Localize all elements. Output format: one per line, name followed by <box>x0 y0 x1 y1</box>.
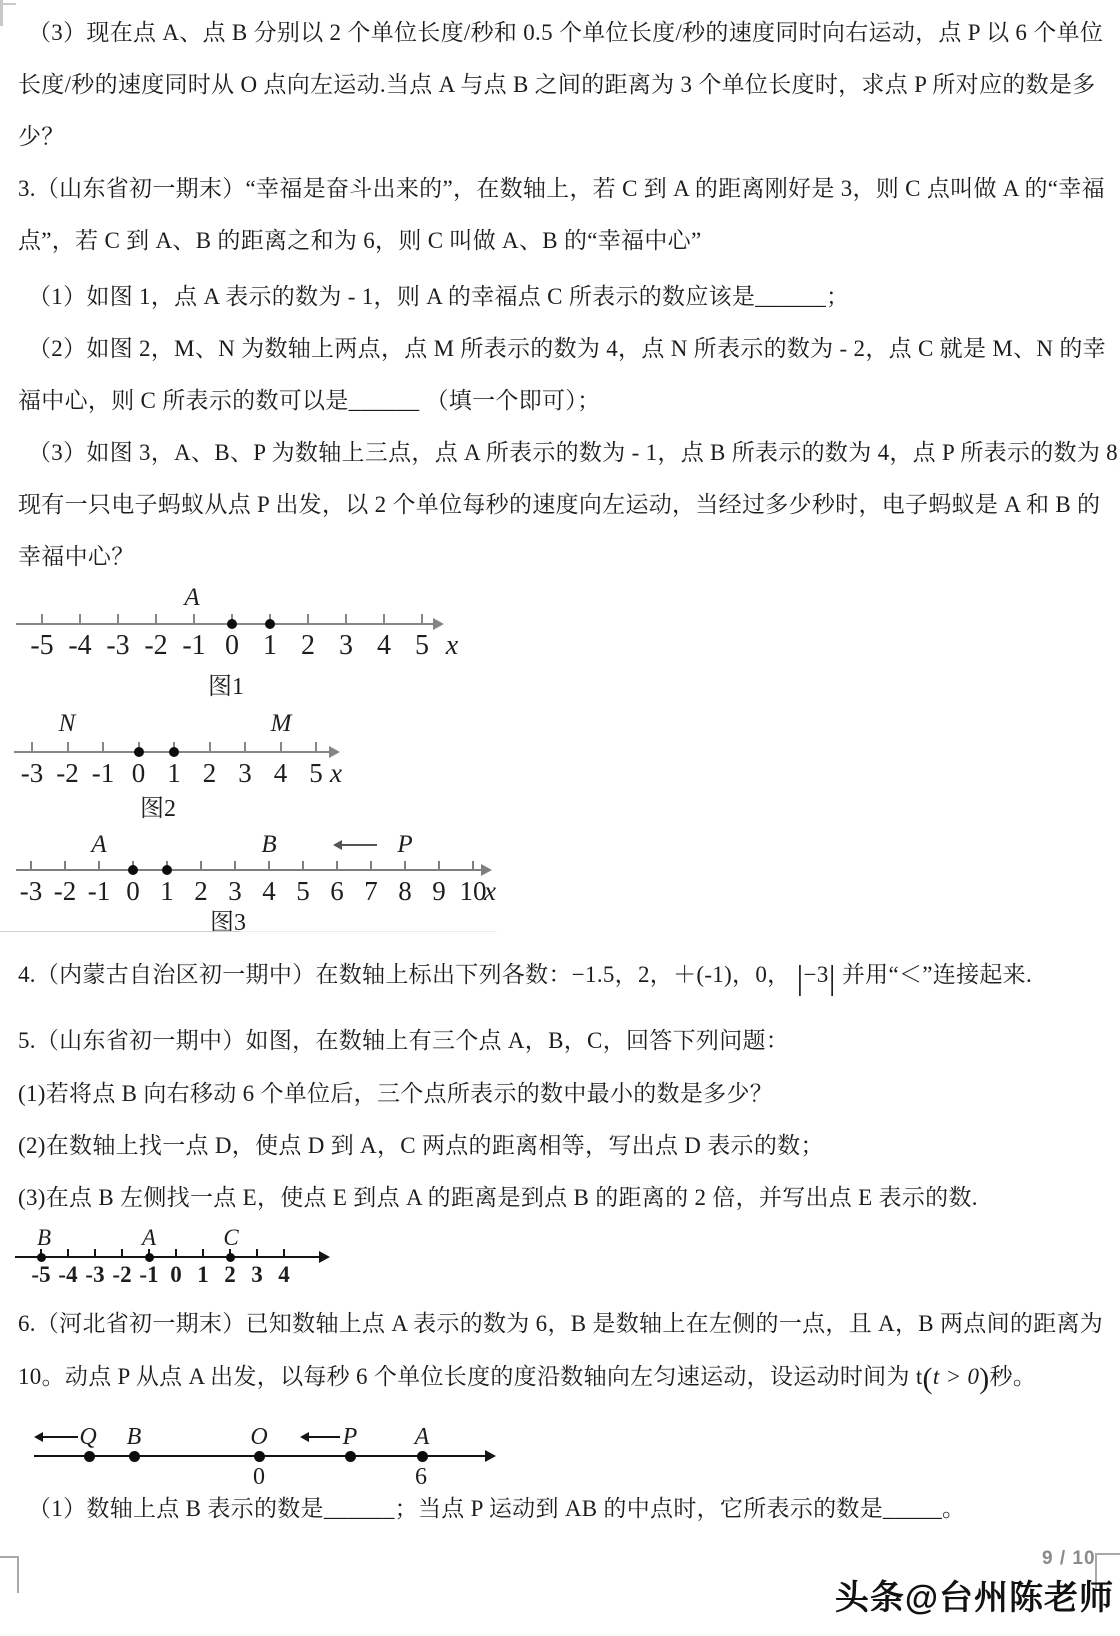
axis-tick <box>345 614 347 624</box>
axis-tick <box>64 861 66 870</box>
tick-label: -4 <box>68 630 91 662</box>
number-line-figure-5: QBOPA06 <box>0 1418 530 1502</box>
problem6-text: 10。动点 P 从点 A 出发，以每秒 6 个单位长度的度沿数轴向左匀速运动，设… <box>18 1364 923 1389</box>
axis-arrowhead <box>485 1450 496 1462</box>
page-corner-mark-top-left-v <box>0 0 3 26</box>
text-line: 现有一只电子蚂蚁从点 P 出发，以 2 个单位每秒的速度向左运动，当经过多少秒时… <box>18 490 1100 520</box>
tick-label: -3 <box>106 630 129 662</box>
axis-tick <box>370 861 372 870</box>
axis-tick <box>155 614 157 624</box>
text-line: (2)在数轴上找一点 D，使点 D 到 A，C 两点的距离相等，写出点 D 表示… <box>18 1131 824 1161</box>
left-arrow-head <box>300 1432 309 1442</box>
axis-tick <box>315 742 317 752</box>
axis-tick <box>268 861 270 870</box>
point-label-N: N <box>59 710 76 738</box>
axis-tick <box>121 1249 123 1257</box>
tick-label: 0 <box>126 876 140 907</box>
tick-label: 7 <box>364 876 378 907</box>
axis-tick <box>336 861 338 870</box>
tick-label: 1 <box>167 758 181 789</box>
tick-label: 1 <box>263 630 277 662</box>
point-label-Q: Q <box>79 1424 96 1451</box>
abs-value: −3 <box>804 962 829 987</box>
tick-label: 5 <box>296 876 310 907</box>
tick-label: 4 <box>278 1262 290 1288</box>
page-number: 9 / 10 <box>1042 1548 1096 1570</box>
tick-label: 4 <box>274 758 288 789</box>
axis-tick <box>234 861 236 870</box>
point-dot <box>134 747 144 757</box>
number-line-figure-1: -5-4-3-2-1012345Ax图1 <box>0 562 520 698</box>
text-line: 福中心，则 C 所表示的数可以是______ （填一个即可）； <box>18 386 600 416</box>
tick-label: 5 <box>415 630 429 662</box>
axis-tick <box>117 614 119 624</box>
tick-label: 3 <box>238 758 252 789</box>
tick-label: -3 <box>20 876 43 907</box>
point-label-O: O <box>250 1424 267 1451</box>
tick-label: -1 <box>182 630 205 662</box>
tick-label: 2 <box>224 1262 236 1288</box>
figure-table-border-faint <box>240 931 497 932</box>
tick-label: -1 <box>92 758 115 789</box>
axis-tick <box>383 614 385 624</box>
point-label-M: M <box>271 710 292 738</box>
axis-tick <box>202 1249 204 1257</box>
axis-tick <box>79 614 81 624</box>
tick-label: 8 <box>398 876 412 907</box>
tick-label: 0 <box>225 630 239 662</box>
tick-label: 2 <box>203 758 217 789</box>
abs-bar-right: | <box>829 960 836 997</box>
axis-arrowhead <box>433 618 444 630</box>
axis-tick <box>244 742 246 752</box>
point-label-P: P <box>397 831 412 859</box>
tick-label: -5 <box>30 630 53 662</box>
tick-label: -2 <box>56 758 79 789</box>
figure-table-border <box>0 931 240 932</box>
coordinate-label: 6 <box>415 1464 427 1491</box>
text-line: 5.（山东省初一期中）如图，在数轴上有三个点 A，B，C，回答下列问题： <box>18 1026 789 1056</box>
point-dot <box>227 619 237 629</box>
axis-tick <box>98 861 100 870</box>
tick-label: -3 <box>21 758 44 789</box>
tick-label: 0 <box>132 758 146 789</box>
problem4-text-after: 并用“＜”连接起来. <box>836 962 1032 987</box>
problem6-text-after: 秒。 <box>990 1364 1037 1389</box>
point-label-P: P <box>343 1424 358 1451</box>
point-label-A: A <box>184 584 199 612</box>
tick-label: 2 <box>194 876 208 907</box>
tick-label: -2 <box>54 876 77 907</box>
tick-label: -2 <box>144 630 167 662</box>
text-line-problem6: 10。动点 P 从点 A 出发，以每秒 6 个单位长度的度沿数轴向左匀速运动，设… <box>18 1362 1036 1392</box>
number-line-axis <box>16 869 482 871</box>
point-label-B: B <box>261 831 276 859</box>
axis-tick <box>472 861 474 870</box>
axis-arrowhead <box>319 1251 330 1263</box>
axis-tick <box>67 1249 69 1257</box>
axis-tick <box>302 861 304 870</box>
tick-label: 5 <box>309 758 323 789</box>
point-dot <box>265 619 275 629</box>
text-line: （3）现在点 A、点 B 分别以 2 个单位长度/秒和 0.5 个单位长度/秒的… <box>28 18 1103 48</box>
page-corner-mark-bottom-left-h <box>0 1556 18 1558</box>
axis-arrowhead <box>481 864 492 876</box>
point-label-A: A <box>142 1225 156 1251</box>
point-label-C: C <box>223 1225 238 1251</box>
point-dot <box>129 1451 140 1462</box>
paren-open: ( <box>923 1362 933 1395</box>
left-arrow-head <box>333 840 342 850</box>
axis-variable-label: x <box>484 876 496 907</box>
axis-tick <box>94 1249 96 1257</box>
number-line-figure-4: -5-4-3-2-101234BAC <box>0 1222 360 1294</box>
left-arrow-shaft <box>307 1436 340 1438</box>
tick-label: 9 <box>432 876 446 907</box>
axis-tick <box>102 742 104 752</box>
axis-tick <box>30 861 32 870</box>
document-page: （3）现在点 A、点 B 分别以 2 个单位长度/秒和 0.5 个单位长度/秒的… <box>0 0 1120 1636</box>
tick-label: 10 <box>460 876 487 907</box>
axis-tick <box>200 861 202 870</box>
axis-tick <box>41 614 43 624</box>
text-line: （2）如图 2，M、N 为数轴上两点，点 M 所表示的数为 4，点 N 所表示的… <box>28 334 1106 364</box>
page-corner-mark-bottom-right-h <box>1095 1553 1120 1555</box>
axis-tick <box>256 1249 258 1257</box>
axis-tick <box>404 861 406 870</box>
text-line: （1）如图 1，点 A 表示的数为 - 1，则 A 的幸福点 C 所表示的数应该… <box>28 282 849 312</box>
point-label-A: A <box>415 1424 430 1451</box>
tick-label: 4 <box>262 876 276 907</box>
point-dot <box>345 1451 356 1462</box>
tick-label: -1 <box>139 1262 158 1288</box>
page-corner-mark-bottom-left-v <box>17 1556 19 1593</box>
text-line: （1）数轴上点 B 表示的数是______；当点 P 运动到 AB 的中点时，它… <box>28 1494 965 1524</box>
text-line: (3)在点 B 左侧找一点 E，使点 E 到点 A 的距离是到点 B 的距离的 … <box>18 1183 978 1213</box>
time-condition: t > 0 <box>933 1364 979 1389</box>
point-dot <box>162 865 172 875</box>
tick-label: 3 <box>251 1262 263 1288</box>
left-arrow-shaft <box>340 844 377 846</box>
tick-label: 0 <box>170 1262 182 1288</box>
text-line: （3）如图 3，A、B、P 为数轴上三点，点 A 所表示的数为 - 1，点 B … <box>28 438 1120 468</box>
tick-label: 2 <box>301 630 315 662</box>
coordinate-label: 0 <box>253 1464 265 1491</box>
tick-label: 4 <box>377 630 391 662</box>
point-label-B: B <box>127 1424 142 1451</box>
point-dot <box>169 747 179 757</box>
tick-label: 6 <box>330 876 344 907</box>
point-dot <box>417 1451 428 1462</box>
paren-close: ) <box>979 1362 989 1395</box>
tick-label: -4 <box>58 1262 77 1288</box>
point-dot <box>145 1253 154 1262</box>
axis-tick <box>438 861 440 870</box>
axis-tick <box>175 1249 177 1257</box>
axis-tick <box>421 614 423 624</box>
axis-tick <box>31 742 33 752</box>
axis-tick <box>283 1249 285 1257</box>
axis-variable-label: x <box>446 630 458 662</box>
tick-label: -1 <box>88 876 111 907</box>
point-dot <box>37 1253 46 1262</box>
problem4-text: 4.（内蒙古自治区初一期中）在数轴上标出下列各数：−1.5，2，＋(-1)，0， <box>18 962 797 987</box>
number-line-axis <box>15 1256 320 1258</box>
number-line-figure-3: -3-2-1012345678910ABPx图3 <box>0 822 530 930</box>
text-line: 少？ <box>18 122 65 152</box>
axis-variable-label: x <box>330 758 342 789</box>
text-line: (1)若将点 B 向右移动 6 个单位后，三个点所表示的数中最小的数是多少？ <box>18 1079 773 1109</box>
text-line-problem4: 4.（内蒙古自治区初一期中）在数轴上标出下列各数：−1.5，2，＋(-1)，0，… <box>18 960 1032 990</box>
tick-label: 1 <box>160 876 174 907</box>
text-line: 长度/秒的速度同时从 O 点向左运动.当点 A 与点 B 之间的距离为 3 个单… <box>18 70 1095 100</box>
point-dot <box>128 865 138 875</box>
left-arrow-head <box>34 1432 43 1442</box>
point-dot <box>84 1451 95 1462</box>
point-dot <box>226 1253 235 1262</box>
abs-bar-left: | <box>797 960 804 997</box>
axis-arrowhead <box>329 746 340 758</box>
tick-label: 3 <box>339 630 353 662</box>
number-line-figure-2: -3-2-1012345NMx图2 <box>0 700 400 818</box>
axis-tick <box>67 742 69 752</box>
text-line: 点”，若 C 到 A、B 的距离之和为 6，则 C 叫做 A、B 的“幸福中心” <box>18 226 701 256</box>
left-arrow-shaft <box>41 1436 78 1438</box>
point-dot <box>254 1451 265 1462</box>
text-line: 3.（山东省初一期末）“幸福是奋斗出来的”，在数轴上，若 C 到 A 的距离刚好… <box>18 174 1105 204</box>
tick-label: -2 <box>112 1262 131 1288</box>
figure-caption: 图1 <box>208 666 244 701</box>
point-label-B: B <box>37 1225 51 1251</box>
watermark-text: 头条@台州陈老师 <box>835 1570 1114 1619</box>
axis-tick <box>209 742 211 752</box>
axis-tick <box>193 614 195 624</box>
figure-caption: 图2 <box>140 788 176 823</box>
tick-label: -3 <box>85 1262 104 1288</box>
text-line: 6.（河北省初一期末）已知数轴上点 A 表示的数为 6，B 是数轴上在左侧的一点… <box>18 1309 1103 1339</box>
tick-label: -5 <box>31 1262 50 1288</box>
point-label-A: A <box>91 831 106 859</box>
axis-tick <box>307 614 309 624</box>
tick-label: 1 <box>197 1262 209 1288</box>
axis-tick <box>280 742 282 752</box>
